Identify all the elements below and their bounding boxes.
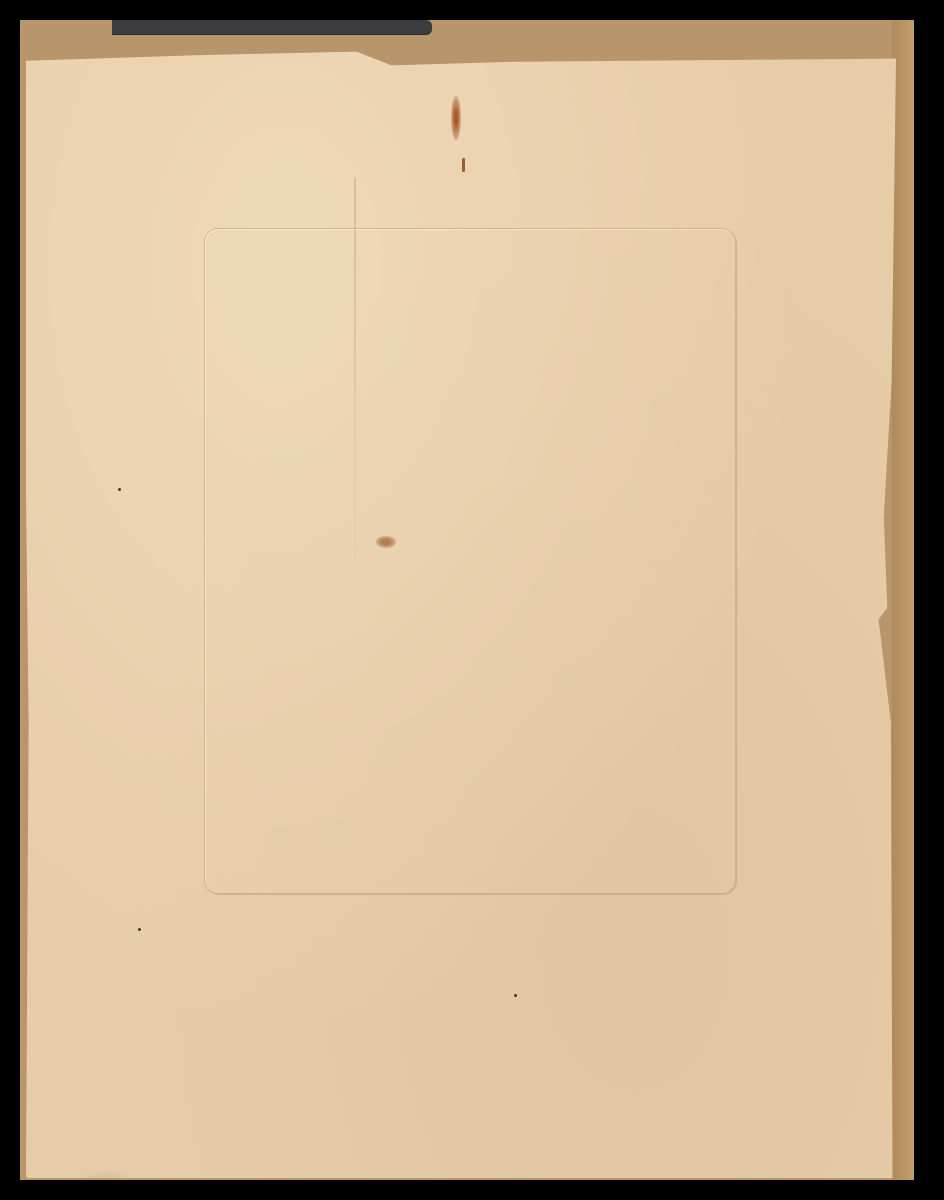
board-edge [892, 20, 914, 1180]
plate-mark [204, 228, 736, 894]
dark-tape-strip [112, 20, 432, 34]
corner-shadow [66, 1168, 146, 1198]
speck [118, 488, 121, 491]
rust-stain-top [451, 96, 461, 140]
paper-sheet [26, 38, 896, 1178]
speck [514, 994, 517, 997]
stain-mid [376, 536, 396, 548]
rust-stain-dot [462, 158, 465, 172]
speck [138, 928, 141, 931]
mounting-board [20, 20, 914, 1180]
